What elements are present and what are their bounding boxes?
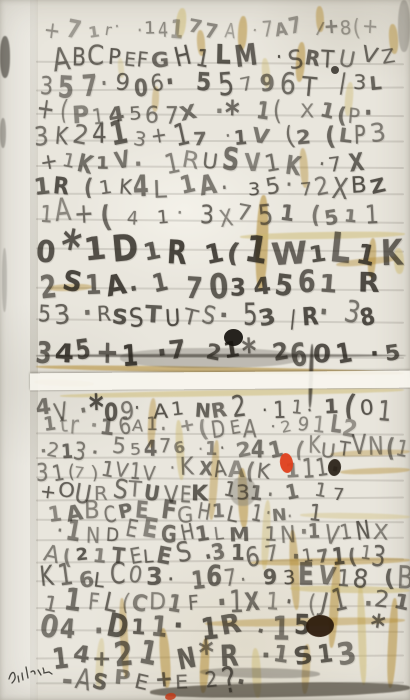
glyph: 1 [42, 414, 57, 435]
glyph: N [368, 433, 385, 459]
glyph: V [250, 125, 270, 148]
glyph: ( [225, 239, 242, 266]
glyph: 0 [313, 342, 332, 368]
glyph: + [178, 416, 197, 436]
glyph: + [323, 17, 340, 39]
glyph: * [368, 610, 387, 643]
glyph: K [179, 455, 194, 480]
glyph: V [113, 149, 132, 175]
artwork-photo: +71r··14177A·7A7/+8(+ABCPEFGH1LM·SRTUVZ3… [0, 0, 410, 700]
glyph: 3 [368, 119, 387, 146]
glyph: 7 [65, 15, 84, 43]
glyph: 4 [158, 20, 169, 41]
glyph: · [234, 669, 248, 695]
glyph: E [228, 417, 241, 437]
glyph: S [111, 307, 129, 329]
glyph: S [200, 302, 218, 329]
glyph: R [166, 237, 188, 271]
glyph: r [70, 412, 81, 438]
painting-canvas: +71r··14177A·7A7/+8(+ABCPEFGH1LM·SRTUVZ3… [0, 0, 410, 700]
glyph: X [218, 206, 235, 231]
glyph: 1 [301, 455, 316, 483]
glyph: 7 [264, 543, 281, 567]
glyph: R [97, 303, 112, 325]
glyph: 1 [394, 437, 410, 462]
glyph: 3 [199, 203, 214, 229]
glyph: P [114, 667, 132, 688]
glyph: · [260, 644, 270, 669]
glyph: · [255, 621, 267, 642]
glyph: 5 [384, 343, 402, 366]
glyph: 1 [392, 591, 410, 615]
glyph: F [136, 49, 149, 71]
glyph: · [219, 304, 230, 327]
glyph: 1 [39, 202, 54, 226]
glyph: 1 [338, 522, 353, 545]
glyph: 7 [299, 180, 313, 199]
glyph: 2 [312, 173, 331, 200]
glyph: 7 [234, 201, 253, 225]
glyph: 1 [33, 175, 52, 200]
glyph: 1 [313, 480, 329, 501]
glyph-row: 345+1·721*2601·5 [36, 338, 405, 366]
glyph: A [104, 271, 129, 302]
glyph: A [197, 172, 218, 202]
glyph: A [212, 458, 228, 482]
glyph: 1 [157, 209, 170, 228]
glyph: 2 [204, 668, 219, 691]
glyph: R [180, 147, 201, 173]
glyph: X [331, 175, 350, 205]
glyph: + [154, 668, 174, 692]
glyph: · [318, 298, 329, 328]
glyph: 2 [75, 547, 89, 565]
glyph: 2 [279, 419, 293, 437]
glyph: D [110, 229, 140, 268]
glyph: · [172, 613, 183, 639]
glyph: 1 [308, 523, 321, 543]
glyph: 3 [256, 305, 277, 330]
glyph: 7 [167, 337, 187, 364]
glyph: S [90, 669, 110, 694]
glyph: 6 [279, 69, 297, 100]
glyph: L [338, 125, 354, 146]
glyph-row: -ASPE+E2?· [62, 666, 253, 693]
glyph: 7 [159, 436, 171, 456]
glyph: 4 [132, 172, 149, 202]
glyph: 0 [35, 237, 56, 268]
glyph-row: 1A+(41·3X751(511 [40, 202, 383, 227]
glyph: 7 [332, 487, 344, 504]
glyph: E [298, 559, 314, 590]
glyph: 5 [111, 435, 127, 459]
glyph: 8 [339, 19, 352, 39]
glyph-row: ·213·55476·1·241(KUTVN(1 [40, 437, 410, 460]
glyph: 1 [376, 398, 392, 427]
glyph: 4 [54, 341, 75, 368]
glyph: 7 [185, 274, 203, 305]
glyph: r [103, 22, 112, 39]
glyph: R [218, 611, 243, 641]
glyph: 5 [130, 443, 142, 459]
glyph-row: 0*1D1R1(1W1L1K [36, 231, 405, 269]
glyph-row: 2S1A·17034561R [40, 270, 384, 299]
glyph: ( [59, 96, 70, 123]
glyph: 7 [238, 73, 254, 94]
glyph: 2 [70, 122, 90, 151]
divider-band [30, 371, 410, 391]
glyph: Z [369, 175, 388, 197]
glyph: 1 [242, 230, 271, 270]
glyph: · [369, 343, 379, 366]
glyph: S [60, 267, 84, 298]
glyph-row: +71r··14177A·7A7/+8(+ [44, 18, 379, 40]
glyph: N [354, 517, 372, 545]
glyph: 3 [230, 277, 246, 301]
glyph: 5 [128, 104, 142, 123]
glyph: · [114, 18, 121, 37]
glyph: 7 [287, 15, 303, 39]
glyph: A [132, 418, 144, 435]
glyph: X [300, 102, 314, 121]
glyph: 1 [316, 642, 334, 669]
glyph: - [61, 666, 74, 696]
glyph: 3 [146, 564, 163, 588]
red-paint-dab [164, 692, 176, 700]
glyph: · [82, 301, 93, 327]
glyph: E [175, 673, 189, 692]
glyph: K [54, 124, 69, 149]
glyph: 3 [352, 73, 366, 94]
glyph: R [303, 47, 321, 70]
glyph: B [72, 44, 86, 69]
glyph: 9 [263, 566, 279, 588]
glyph: · [99, 68, 109, 100]
glyph: M [233, 41, 259, 74]
glyph: + [39, 481, 57, 502]
charcoal-smudge [398, 0, 410, 52]
glyph: 1 [84, 272, 101, 300]
glyph: 3 [34, 339, 53, 370]
glyph: · [128, 277, 140, 303]
glyph: F [187, 592, 200, 613]
glyph: / [288, 306, 298, 331]
glyph: A [274, 20, 289, 40]
glyph: 5 [74, 335, 92, 364]
glyph: P [354, 122, 366, 148]
glyph: 1 [95, 156, 108, 173]
glyph-row: ·1NDEEGH1LM1N·1V1NX [56, 520, 393, 544]
charcoal-smudge [0, 118, 6, 148]
glyph: 1 [230, 542, 244, 564]
glyph: K [119, 176, 133, 198]
glyph: · [299, 519, 307, 544]
glyph: Z [380, 46, 396, 67]
glyph: 1 [319, 99, 337, 122]
glyph: V [244, 150, 261, 175]
glyph: t [59, 414, 69, 436]
glyph: * [241, 335, 257, 370]
glyph: · [164, 67, 176, 97]
ochre-stroke [340, 467, 410, 475]
glyph: 2 [204, 341, 223, 365]
glyph: 1 [141, 239, 163, 266]
glyph: B [350, 174, 367, 197]
glyph: T [144, 302, 162, 326]
glyph: 3 [334, 637, 358, 670]
glyph: 1 [144, 21, 156, 38]
glyph: 1 [60, 150, 77, 171]
dark-paint-blob [224, 329, 243, 346]
glyph: 1 [334, 340, 354, 369]
glyph: 6 [298, 267, 316, 298]
glyph: 5 [256, 201, 274, 230]
glyph: 5 [263, 175, 281, 200]
glyph: + [361, 15, 378, 37]
glyph: 3 [247, 180, 260, 198]
glyph: S [174, 539, 194, 569]
glyph: + [42, 18, 62, 43]
glyph: ( [324, 124, 337, 150]
glyph: 0 [208, 269, 229, 304]
glyph: ( [273, 98, 282, 125]
glyph: K [38, 562, 54, 591]
charcoal-smudge [0, 36, 10, 78]
glyph: · [55, 519, 65, 544]
glyph: 6 [149, 71, 165, 96]
glyph: L [369, 75, 383, 95]
glyph-row: 53·RSSTUTS·53/R·38 [38, 302, 378, 329]
glyph: 1 [82, 232, 108, 266]
glyph: L [328, 227, 353, 270]
glyph: 1 [121, 342, 139, 372]
glyph: + [149, 123, 168, 147]
glyph: 1 [146, 415, 158, 433]
glyph: · [89, 415, 99, 434]
glyph: 3 [53, 302, 72, 330]
glyph: · [220, 175, 230, 203]
glyph: 9 [259, 72, 276, 96]
glyph: ( [310, 202, 320, 226]
glyph: T [181, 306, 200, 330]
glyph: 4 [92, 122, 107, 149]
glyph-row: 3K2413+17·1V(2(LP3 [34, 122, 392, 149]
glyph: · [215, 101, 224, 124]
glyph: 4 [252, 274, 272, 299]
glyph: S [128, 305, 144, 332]
glyph: 7 [192, 130, 206, 148]
glyph: + [95, 337, 119, 369]
glyph: · [198, 441, 204, 459]
dark-paint-blob [331, 66, 339, 74]
glyph: X [199, 460, 214, 480]
glyph: 1 [364, 203, 379, 230]
glyph: 4 [144, 438, 158, 460]
glyph: K [380, 236, 403, 272]
glyph: 8 [358, 304, 377, 330]
glyph-row: 357·906·55796T/3L [40, 71, 385, 98]
glyph: + [38, 149, 59, 174]
glyph: H [172, 43, 194, 73]
glyph: S [292, 644, 315, 671]
glyph: · [285, 172, 293, 198]
glyph: 9 [114, 71, 131, 95]
glyph: · [175, 203, 184, 225]
glyph: R [301, 305, 319, 331]
glyph: 7 [187, 16, 204, 36]
glyph: 5 [196, 70, 212, 96]
glyph: 1 [272, 642, 291, 667]
glyph: ( [352, 17, 361, 41]
glyph: V [359, 43, 379, 68]
glyph: E [124, 517, 140, 543]
glyph: · [137, 20, 143, 41]
glyph: L [153, 178, 167, 203]
glyph: 6 [288, 339, 309, 373]
glyph: 1 [178, 172, 198, 199]
glyph: 7 [262, 20, 275, 43]
glyph: 0 [127, 563, 144, 588]
glyph: E [123, 51, 137, 71]
charcoal-smudge [2, 248, 7, 312]
glyph: 1 [92, 546, 108, 567]
glyph: 1 [169, 17, 185, 44]
glyph: 1 [263, 150, 282, 176]
glyph: 5 [273, 271, 295, 302]
glyph: 1 [98, 177, 114, 197]
glyph: · [276, 46, 282, 69]
glyph: E [141, 514, 161, 543]
glyph: / [338, 71, 348, 98]
glyph: + [35, 94, 57, 125]
glyph: V [351, 432, 367, 460]
glyph: 5 [37, 302, 51, 326]
glyph: · [155, 336, 169, 371]
glyph: P [107, 45, 121, 68]
glyph: E [132, 672, 150, 695]
glyph: · [269, 417, 277, 435]
glyph: R [358, 269, 380, 297]
glyph: C [110, 560, 126, 590]
glyph: 1 [279, 201, 296, 225]
glyph: 2 [295, 128, 311, 149]
glyph: C [130, 590, 150, 615]
glyph: U [165, 306, 182, 330]
glyph: · [169, 459, 176, 479]
glyph: 1 [150, 269, 170, 297]
glyph: F [87, 590, 100, 614]
